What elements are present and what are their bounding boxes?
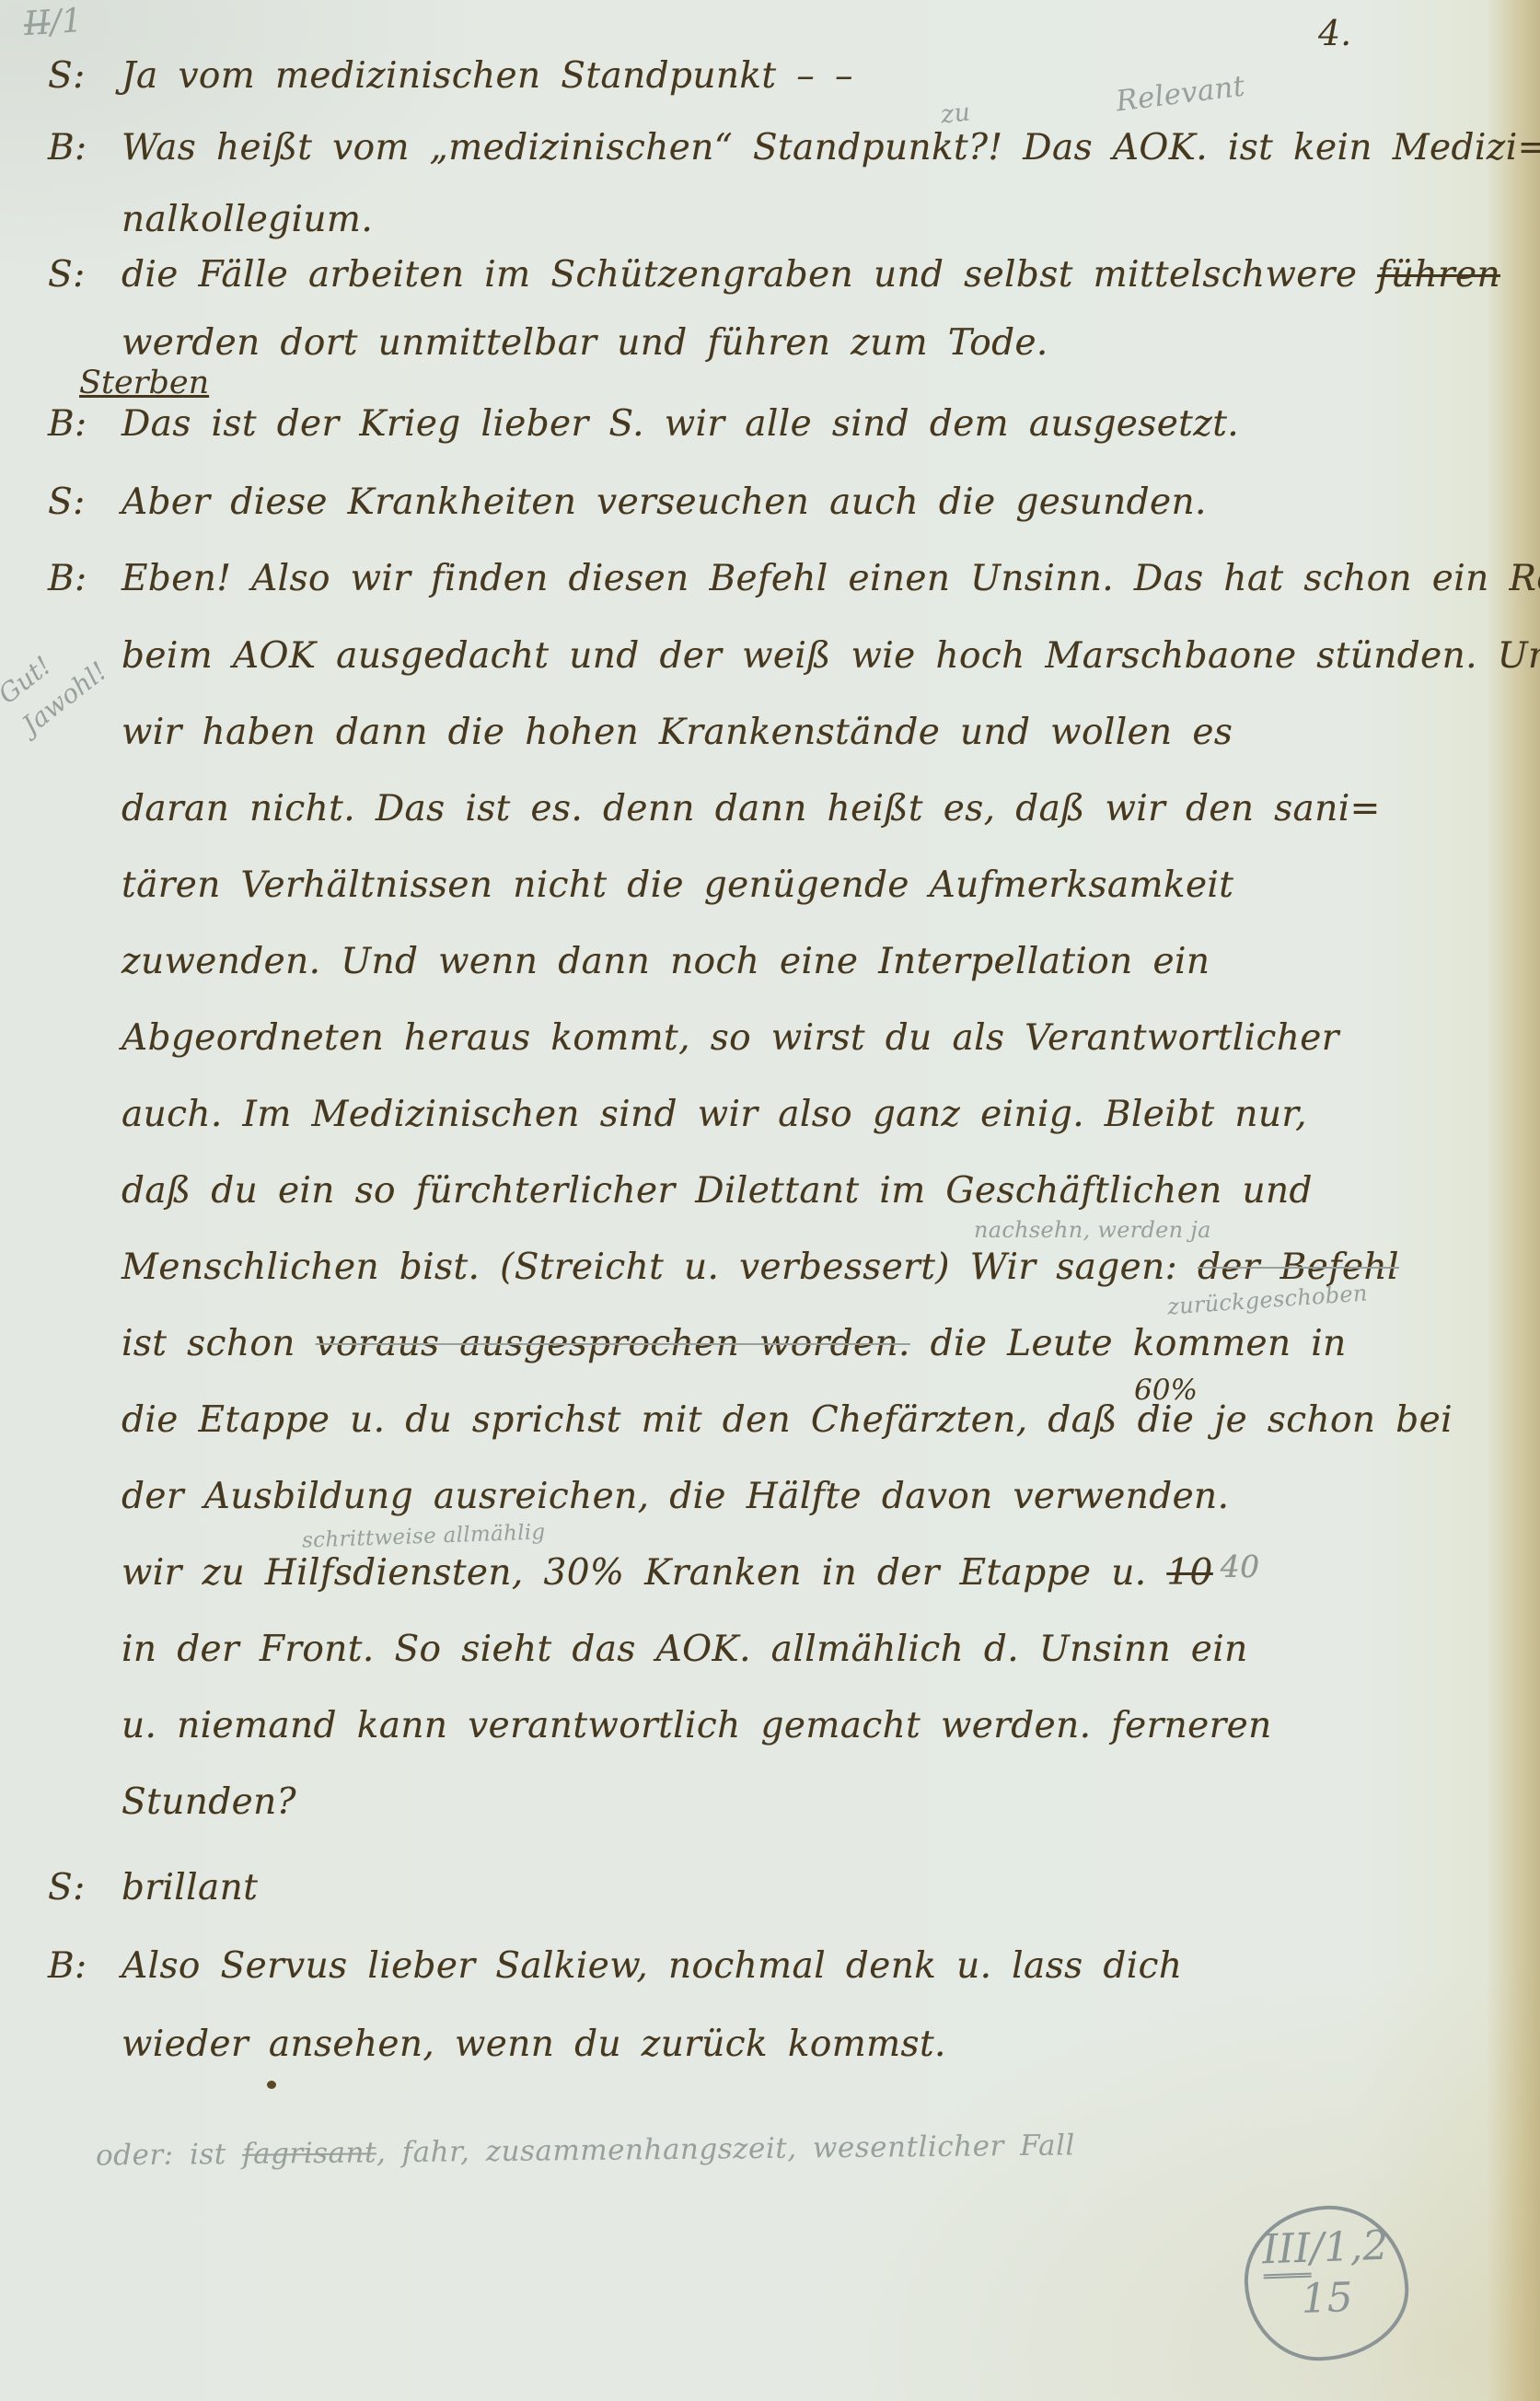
dialogue-line: wieder ansehen, wenn du zurück kommst. [122,2025,1522,2065]
line-text: Abgeordneten heraus kommt, so wirst du a… [122,1017,1339,1059]
dialogue-line: beim AOK ausgedacht und der weiß wie hoc… [122,637,1522,677]
corner-mark-roman: II [23,4,52,43]
stamp-roman-numeral: III [1261,2225,1311,2279]
line-text: der Ausbildung ausreichen, die Hälfte da… [122,1476,1229,1517]
corner-mark-rest: /1 [49,2,84,41]
dialogue-line: B:Also Servus lieber Salkiew, nochmal de… [122,1947,1522,1987]
dialogue-line: B:Was heißt vom „medizinischen“ Standpun… [122,129,1522,168]
line-text: u. niemand kann verantwortlich gemacht w… [122,1705,1272,1746]
pencil-remark-post: , fahr, zusammenhangszeit, wesentlicher … [376,2128,1075,2169]
speaker-label: S: [48,57,86,97]
line-text: Also Servus lieber Salkiew, nochmal denk… [122,1945,1182,1987]
line-text: Was heißt vom „medizinischen“ Standpunkt… [122,127,1540,168]
pencil-margin-note: Gut! Jawohl! [0,622,116,744]
pencil-remark-struck: fagrisant [242,2136,376,2171]
dialogue-line: ist schon voraus ausgesprochen worden. d… [122,1325,1522,1364]
dialogue-line: tären Verhältnissen nicht die genügende … [122,866,1522,906]
dialogue-line: werden dort unmittelbar und führen zum T… [122,324,1522,364]
line-text: daß du ein so fürchterlicher Dilettant i… [122,1170,1313,1212]
dialogue-line: B:Eben! Also wir finden diesen Befehl ei… [122,560,1522,599]
archive-corner-mark: II/1 [23,2,84,43]
line-text: Das ist der Krieg lieber S. wir alle sin… [122,403,1239,445]
line-text: brillant [122,1867,258,1908]
dialogue-line: auch. Im Medizinischen sind wir also gan… [122,1096,1522,1135]
pencil-insert-zu: zu [939,98,971,129]
dialogue-line: nalkollegium. [122,201,1522,240]
line-text: Stunden? [122,1781,296,1823]
dialogue-line: der Ausbildung ausreichen, die Hälfte da… [122,1478,1522,1517]
dialogue-line: S:Aber diese Krankheiten verseuchen auch… [122,483,1522,523]
line-text: wir haben dann die hohen Krankenstände u… [122,712,1233,753]
dialogue-line: die Etappe u. du sprichst mit den Chefär… [122,1401,1522,1441]
dialogue-line: zuwenden. Und wenn dann noch eine Interp… [122,943,1522,982]
dialogue-line: in der Front. So sieht das AOK. allmähli… [122,1630,1522,1670]
line-text: daran nicht. Das ist es. denn dann heißt… [122,788,1381,829]
stamp-top-rest: /1,2 [1309,2222,1389,2272]
dialogue-line: S:Ja vom medizinischen Standpunkt – – [122,57,1522,97]
line-text: wir zu Hilfsdiensten, 30% Kranken in der… [122,1552,1166,1594]
pencil-number-40: 40 [1221,1548,1260,1584]
ink-insert-sterben: Sterben [79,365,209,401]
speaker-label: B: [48,560,87,599]
speaker-label: B: [48,405,87,445]
line-text: Aber diese Krankheiten verseuchen auch d… [122,481,1207,523]
dialogue-line: Stunden? [122,1783,1522,1823]
pencil-bottom-remark: oder: ist fagrisant, fahr, zusammenhangs… [96,2128,1075,2172]
dialogue-line: S:die Fälle arbeiten im Schützengraben u… [122,256,1522,296]
line-text: Ja vom medizinischen Standpunkt – – [122,55,853,97]
line-text: auch. Im Medizinischen sind wir also gan… [122,1094,1307,1135]
stamp-signature-top: III/1,2 [1246,2220,1405,2276]
line-text: die Etappe u. du sprichst mit den Chefär… [122,1399,1453,1441]
line-text: wieder ansehen, wenn du zurück kommst. [122,2024,946,2065]
line-text: werden dort unmittelbar und führen zum T… [122,322,1048,364]
dialogue-line: S:brillant [122,1869,1522,1908]
pencil-struck-words: der Befehl [1198,1247,1399,1288]
dialogue-line: B:Das ist der Krieg lieber S. wir alle s… [122,405,1522,445]
line-text: nalkollegium. [122,199,373,240]
pencil-remark-pre: oder: ist [96,2138,242,2173]
archive-stamp: III/1,2 15 [1242,2203,1411,2363]
page-number: 4. [1318,13,1351,53]
line-text: tären Verhältnissen nicht die genügende … [122,864,1233,906]
dialogue-line: daran nicht. Das ist es. denn dann heißt… [122,790,1522,829]
dialogue-line: Menschlichen bist. (Streicht u. verbesse… [122,1248,1522,1288]
line-text: Eben! Also wir finden diesen Befehl eine… [122,558,1540,599]
dialogue-line: daß du ein so fürchterlicher Dilettant i… [122,1172,1522,1212]
struck-number: 10 [1166,1552,1212,1594]
line-text: die Leute kommen in [910,1323,1347,1364]
stamp-signature-bottom: 15 [1248,2270,1407,2326]
speaker-label: S: [48,1869,86,1908]
speaker-label: B: [48,129,87,168]
speaker-label: S: [48,483,86,523]
line-text: Menschlichen bist. (Streicht u. verbesse… [122,1247,1198,1288]
line-text: ist schon [122,1323,316,1364]
line-text: in der Front. So sieht das AOK. allmähli… [122,1629,1248,1670]
dialogue-line: Abgeordneten heraus kommt, so wirst du a… [122,1019,1522,1059]
struck-word: führen [1377,254,1500,296]
dialogue-line: u. niemand kann verantwortlich gemacht w… [122,1707,1522,1746]
line-text: beim AOK ausgedacht und der weiß wie hoc… [122,635,1540,677]
line-text: die Fälle arbeiten im Schützengraben und… [122,254,1377,296]
speaker-label: B: [48,1947,87,1987]
ink-blot [267,2081,276,2089]
pencil-struck-words: voraus ausgesprochen worden. [316,1323,910,1364]
pencil-note-allmaehlig: schrittweise allmählig [302,1520,546,1552]
line-text: zuwenden. Und wenn dann noch eine Interp… [122,941,1210,982]
dialogue-line: wir zu Hilfsdiensten, 30% Kranken in der… [122,1554,1522,1594]
manuscript-page: II/1 4. S:Ja vom medizinischen Standpunk… [0,0,1540,2401]
dialogue-line: wir haben dann die hohen Krankenstände u… [122,713,1522,753]
pencil-note-above-wir-sagen: nachsehn, werden ja [974,1217,1211,1243]
speaker-label: S: [48,256,86,296]
